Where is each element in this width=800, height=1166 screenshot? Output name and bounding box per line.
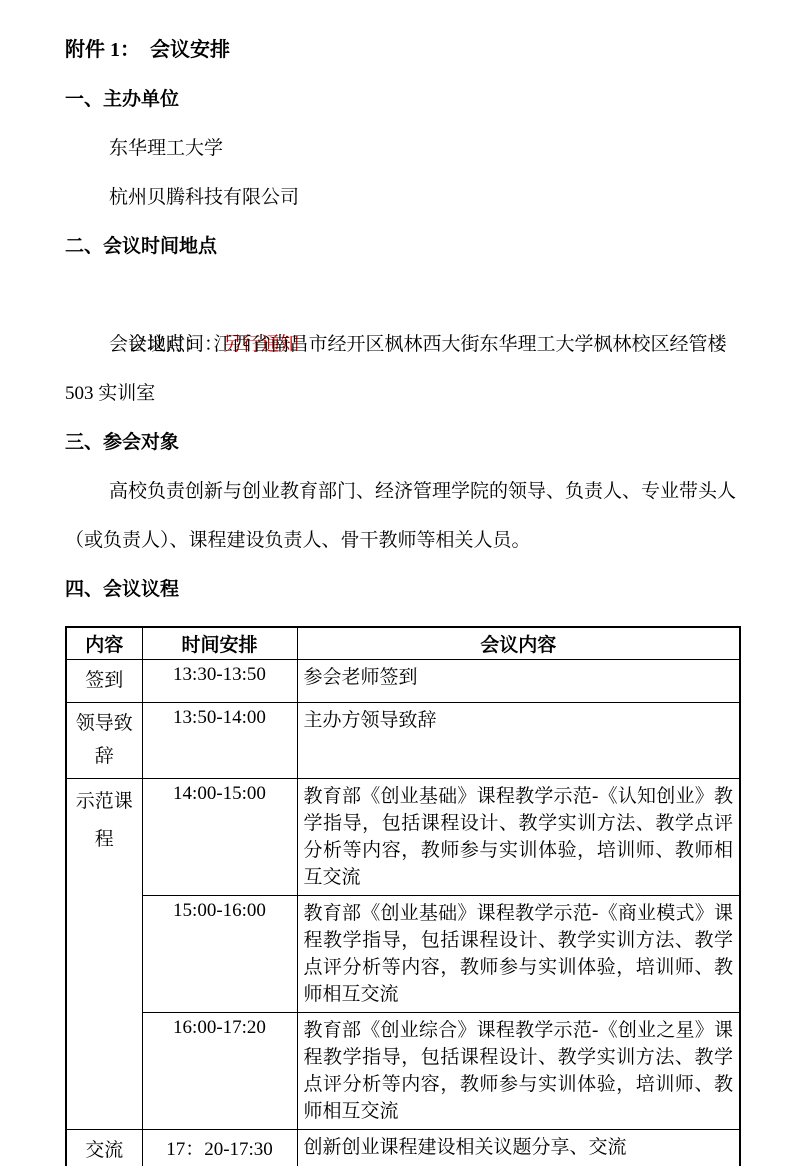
agenda-content-cell: 教育部《创业基础》课程教学示范-《商业模式》课程教学指导，包括课程设计、教学实训… bbox=[297, 895, 740, 1012]
participants-line1: 高校负责创新与创业教育部门、经济管理学院的领导、负责人、专业带头人 bbox=[65, 467, 739, 516]
table-row: 签到 13:30-13:50 参会老师签到 bbox=[66, 660, 740, 703]
agenda-category-cell: 签到 bbox=[66, 660, 142, 703]
agenda-header-time: 时间安排 bbox=[142, 627, 297, 660]
agenda-time-cell: 15:00-16:00 bbox=[142, 895, 297, 1012]
host-university: 东华理工大学 bbox=[65, 124, 739, 173]
section-heading-hosts: 一、主办单位 bbox=[65, 75, 739, 124]
document-page: 附件 1： 会议安排 一、主办单位 东华理工大学 杭州贝腾科技有限公司 二、会议… bbox=[0, 0, 800, 1166]
host-company: 杭州贝腾科技有限公司 bbox=[65, 173, 739, 222]
agenda-header-row: 内容 时间安排 会议内容 bbox=[66, 627, 740, 660]
section-heading-agenda: 四、会议议程 bbox=[65, 565, 739, 614]
agenda-table: 内容 时间安排 会议内容 签到 13:30-13:50 参会老师签到 领导致辞 … bbox=[65, 626, 741, 1166]
agenda-content-cell: 参会老师签到 bbox=[297, 660, 740, 703]
agenda-category-cell-merged: 示范课程 bbox=[66, 778, 142, 1129]
meeting-location-line2: 503 实训室 bbox=[65, 369, 739, 418]
table-row: 15:00-16:00 教育部《创业基础》课程教学示范-《商业模式》课程教学指导… bbox=[66, 895, 740, 1012]
agenda-header-content: 会议内容 bbox=[297, 627, 740, 660]
table-row: 领导致辞 13:50-14:00 主办方领导致辞 bbox=[66, 703, 740, 779]
meeting-location-line1: 会议地点： 江西省南昌市经开区枫林西大街东华理工大学枫林校区经管楼 bbox=[65, 320, 739, 369]
table-row: 交流 17：20-17:30 创新创业课程建设相关议题分享、交流 bbox=[66, 1129, 740, 1166]
agenda-header-category: 内容 bbox=[66, 627, 142, 660]
agenda-category-cell: 领导致辞 bbox=[66, 703, 142, 779]
document-title: 附件 1： 会议安排 bbox=[65, 26, 739, 75]
agenda-content-cell: 主办方领导致辞 bbox=[297, 703, 740, 779]
agenda-category-cell: 交流 bbox=[66, 1129, 142, 1166]
table-row: 示范课程 14:00-15:00 教育部《创业基础》课程教学示范-《认知创业》教… bbox=[66, 778, 740, 895]
section-heading-participants: 三、参会对象 bbox=[65, 418, 739, 467]
meeting-time-line: 会议时间：另行通知 bbox=[65, 271, 739, 320]
table-row: 16:00-17:20 教育部《创业综合》课程教学示范-《创业之星》课程教学指导… bbox=[66, 1012, 740, 1129]
agenda-content-cell: 教育部《创业综合》课程教学示范-《创业之星》课程教学指导，包括课程设计、教学实训… bbox=[297, 1012, 740, 1129]
agenda-time-cell: 14:00-15:00 bbox=[142, 778, 297, 895]
agenda-time-cell: 13:30-13:50 bbox=[142, 660, 297, 703]
agenda-time-cell: 16:00-17:20 bbox=[142, 1012, 297, 1129]
agenda-content-cell: 教育部《创业基础》课程教学示范-《认知创业》教学指导，包括课程设计、教学实训方法… bbox=[297, 778, 740, 895]
section-heading-time-location: 二、会议时间地点 bbox=[65, 222, 739, 271]
participants-line2: （或负责人）、课程建设负责人、骨干教师等相关人员。 bbox=[65, 516, 739, 565]
agenda-time-cell: 17：20-17:30 bbox=[142, 1129, 297, 1166]
agenda-content-cell: 创新创业课程建设相关议题分享、交流 bbox=[297, 1129, 740, 1166]
agenda-time-cell: 13:50-14:00 bbox=[142, 703, 297, 779]
